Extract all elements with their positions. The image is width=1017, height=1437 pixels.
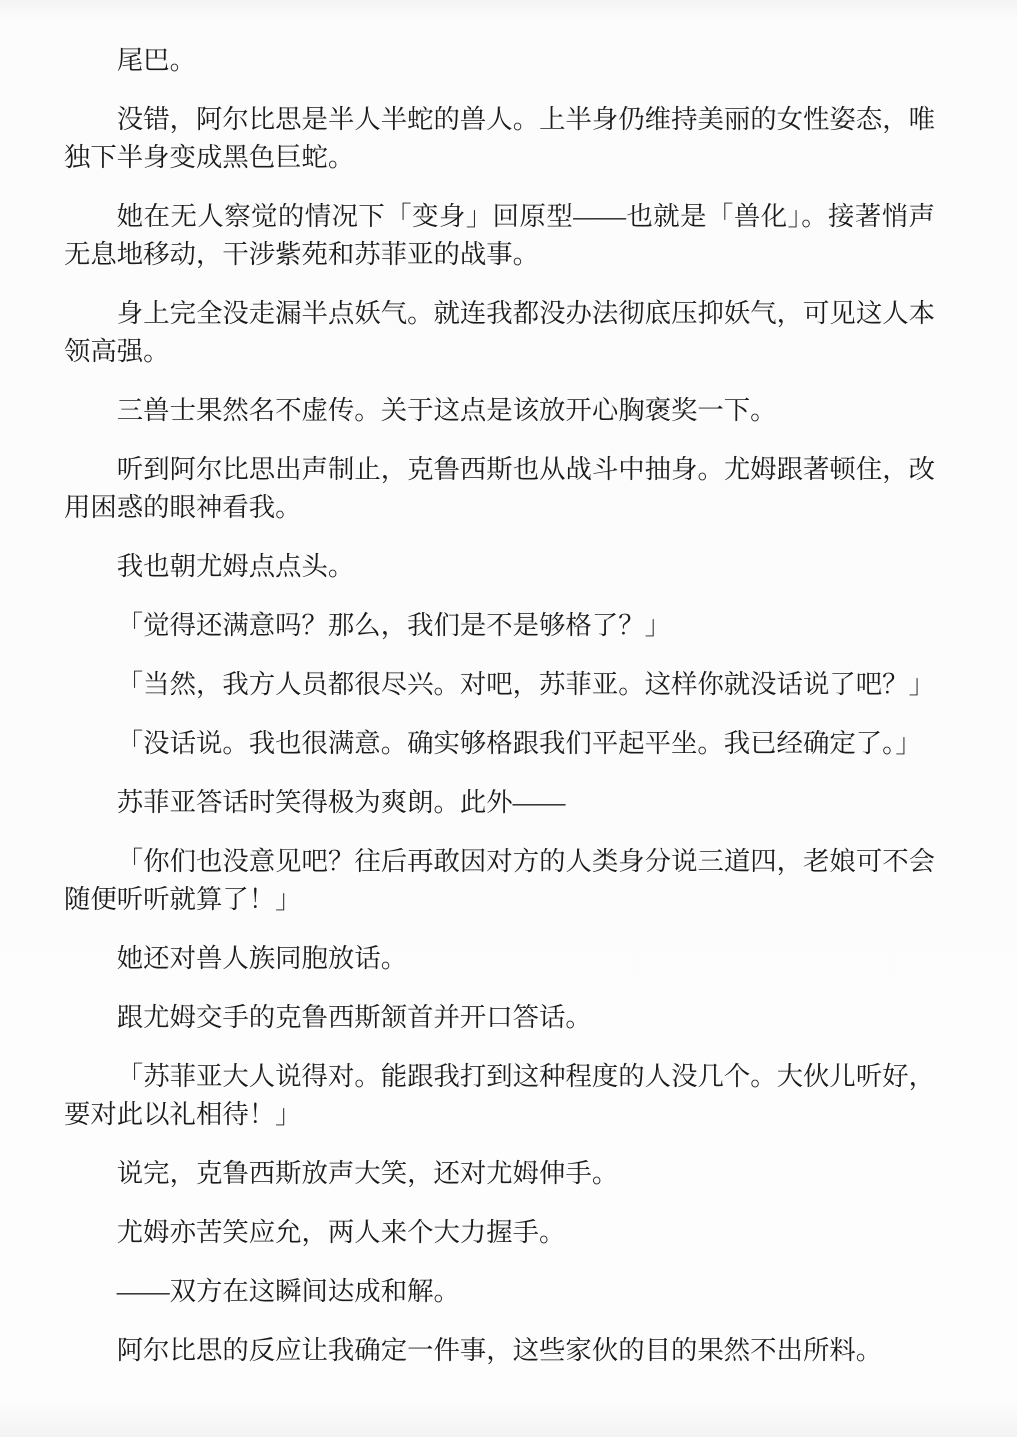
- paragraph: 她在无人察觉的情况下「变身」回原型——也就是「兽化」。接著悄声无息地移动，干涉紫…: [64, 197, 935, 273]
- paragraph: 说完，克鲁西斯放声大笑，还对尤姆伸手。: [64, 1154, 935, 1192]
- paragraph: 阿尔比思的反应让我确定一件事，这些家伙的目的果然不出所料。: [64, 1331, 935, 1369]
- paragraph: 跟尤姆交手的克鲁西斯颔首并开口答话。: [64, 998, 935, 1036]
- paragraph: 「没话说。我也很满意。确实够格跟我们平起平坐。我已经确定了。」: [64, 724, 935, 762]
- paragraph: 苏菲亚答话时笑得极为爽朗。此外——: [64, 783, 935, 821]
- paragraph: 没错，阿尔比思是半人半蛇的兽人。上半身仍维持美丽的女性姿态，唯独下半身变成黑色巨…: [64, 100, 935, 176]
- ebook-page: 尾巴。没错，阿尔比思是半人半蛇的兽人。上半身仍维持美丽的女性姿态，唯独下半身变成…: [0, 0, 1017, 1437]
- paragraph: ——双方在这瞬间达成和解。: [64, 1272, 935, 1310]
- text-content: 尾巴。没错，阿尔比思是半人半蛇的兽人。上半身仍维持美丽的女性姿态，唯独下半身变成…: [64, 41, 935, 1369]
- paragraph: 她还对兽人族同胞放话。: [64, 939, 935, 977]
- paragraph: 尤姆亦苦笑应允，两人来个大力握手。: [64, 1213, 935, 1251]
- paragraph: 「觉得还满意吗？那么，我们是不是够格了？」: [64, 606, 935, 644]
- paragraph: 三兽士果然名不虚传。关于这点是该放开心胸褒奖一下。: [64, 391, 935, 429]
- paragraph: 身上完全没走漏半点妖气。就连我都没办法彻底压抑妖气，可见这人本领高强。: [64, 294, 935, 370]
- paragraph: 「当然，我方人员都很尽兴。对吧，苏菲亚。这样你就没话说了吧？」: [64, 665, 935, 703]
- paragraph: 尾巴。: [64, 41, 935, 79]
- paragraph: 「你们也没意见吧？往后再敢因对方的人类身分说三道四，老娘可不会随便听听就算了！」: [64, 842, 935, 918]
- paragraph: 我也朝尤姆点点头。: [64, 547, 935, 585]
- paragraph: 「苏菲亚大人说得对。能跟我打到这种程度的人没几个。大伙儿听好，要对此以礼相待！」: [64, 1057, 935, 1133]
- paragraph: 听到阿尔比思出声制止，克鲁西斯也从战斗中抽身。尤姆跟著顿住，改用困惑的眼神看我。: [64, 450, 935, 526]
